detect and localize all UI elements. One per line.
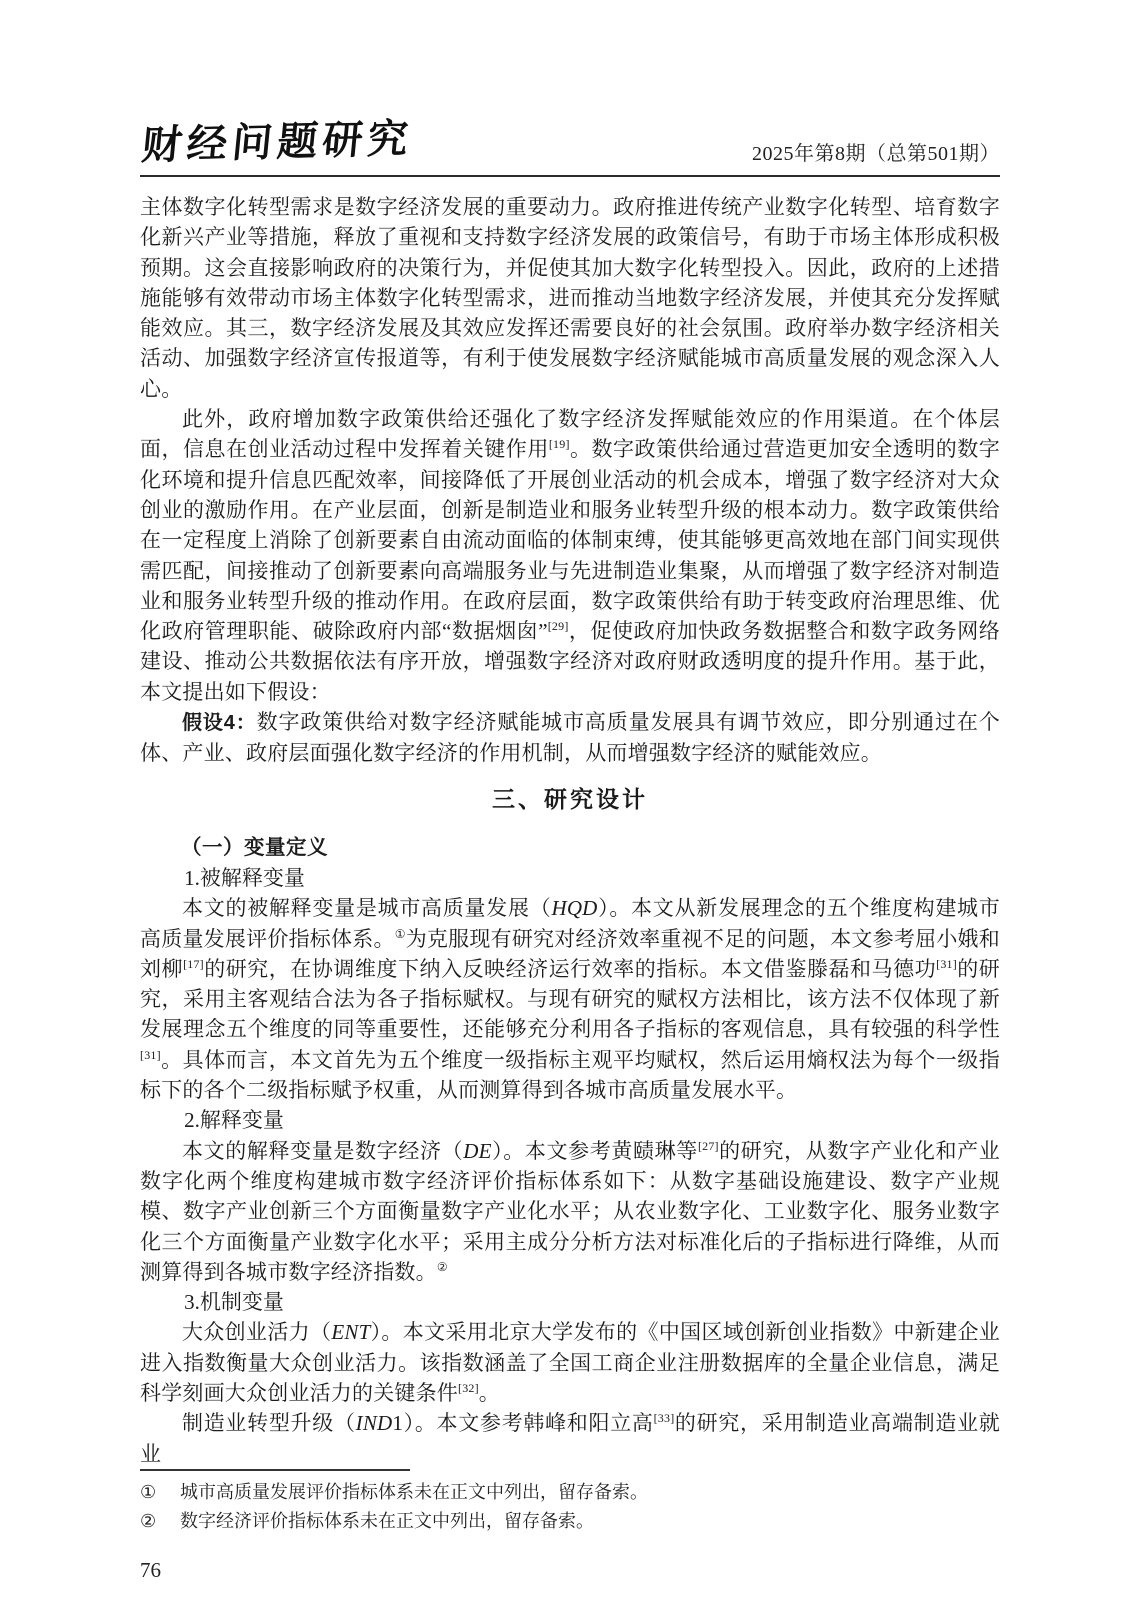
footnote-1: ① 城市高质量发展评价指标体系未在正文中列出，留存备索。	[140, 1478, 1000, 1507]
item-heading-dependent-variable: 1.被解释变量	[140, 863, 1000, 893]
footnote-1-text: 城市高质量发展评价指标体系未在正文中列出，留存备索。	[180, 1478, 648, 1507]
paragraph-hqd: 本文的被解释变量是城市高质量发展（HQD）。本文从新发展理念的五个维度构建城市高…	[140, 893, 1000, 1105]
footnote-2-text: 数字经济评价指标体系未在正文中列出，留存备索。	[180, 1507, 594, 1536]
footnote-2-marker: ②	[140, 1507, 180, 1536]
paragraph-ent: 大众创业活力（ENT）。本文采用北京大学发布的《中国区域创新创业指数》中新建企业…	[140, 1317, 1000, 1408]
paragraph-hypothesis-4: 假设4：数字政策供给对数字经济赋能城市高质量发展具有调节效应，即分别通过在个体、…	[140, 707, 1000, 769]
footnote-2: ② 数字经济评价指标体系未在正文中列出，留存备索。	[140, 1507, 1000, 1536]
article-body: 主体数字化转型需求是数字经济发展的重要动力。政府推进传统产业数字化转型、培育数字…	[140, 192, 1000, 1469]
paragraph-de: 本文的解释变量是数字经济（DE）。本文参考黄赜琳等[27]的研究，从数字产业化和…	[140, 1136, 1000, 1287]
page-number: 76	[140, 1558, 1000, 1583]
page-header: 财经问题研究 2025年第8期（总第501期）	[140, 126, 1000, 177]
paragraph-ind: 制造业转型升级（IND1）。本文参考韩峰和阳立高[33]的研究，采用制造业高端制…	[140, 1408, 1000, 1469]
footnote-1-marker: ①	[140, 1478, 180, 1507]
section-heading-research-design: 三、研究设计	[140, 781, 1000, 817]
footnotes: ① 城市高质量发展评价指标体系未在正文中列出，留存备索。 ② 数字经济评价指标体…	[140, 1471, 1000, 1536]
subsection-heading-variable-definition: （一）变量定义	[140, 833, 1000, 863]
journal-page: 财经问题研究 2025年第8期（总第501期） 主体数字化转型需求是数字经济发展…	[0, 0, 1140, 1600]
item-heading-mechanism-variable: 3.机制变量	[140, 1287, 1000, 1317]
paragraph-policy-channels: 此外，政府增加数字政策供给还强化了数字经济发挥赋能效应的作用渠道。在个体层面，信…	[140, 404, 1000, 707]
journal-logo: 财经问题研究	[140, 119, 415, 166]
page-footer: ① 城市高质量发展评价指标体系未在正文中列出，留存备索。 ② 数字经济评价指标体…	[140, 1469, 1000, 1583]
paragraph-continuation: 主体数字化转型需求是数字经济发展的重要动力。政府推进传统产业数字化转型、培育数字…	[140, 192, 1000, 404]
issue-info: 2025年第8期（总第501期）	[752, 142, 1000, 166]
item-heading-explanatory-variable: 2.解释变量	[140, 1105, 1000, 1135]
